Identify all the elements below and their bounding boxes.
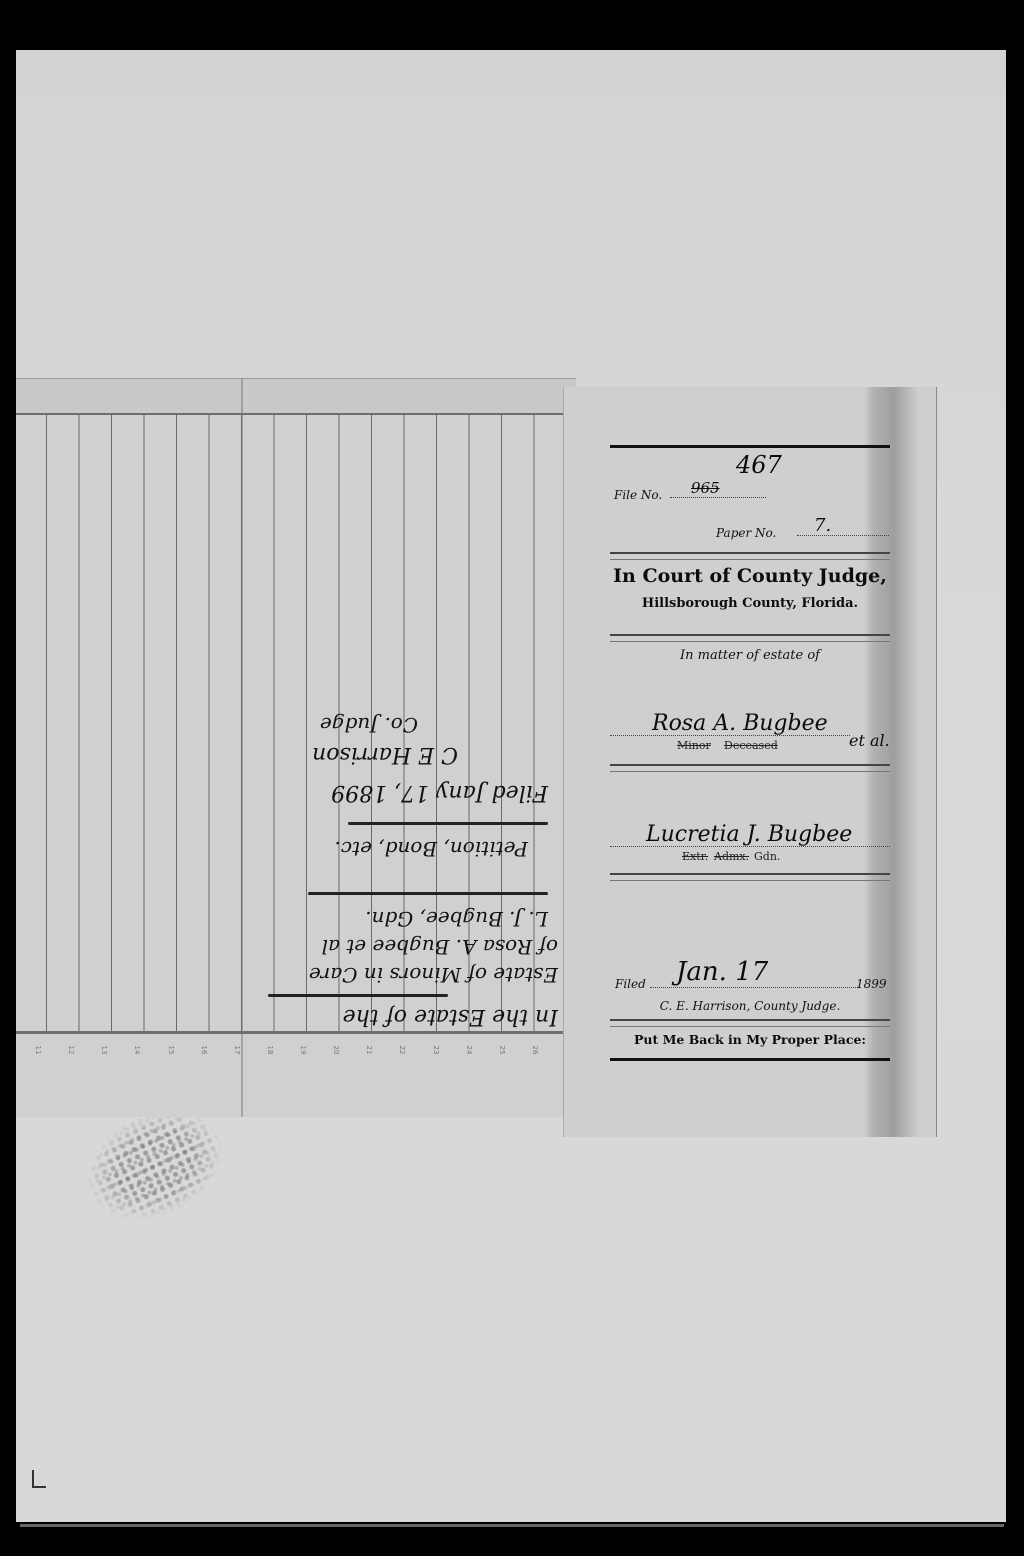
endorsement-line: of Rosa A. Bugbee et al [322,937,558,957]
endorsement-line: Co. Judge [320,715,418,735]
section-rule [610,1019,890,1027]
role-administratrix: Admx. [714,850,749,863]
filed-line [650,987,860,988]
endorsement-line: In the Estate of the [343,1005,558,1027]
file-no-line [670,497,766,498]
estate-suffix: et al. [849,731,890,750]
ruler-number: 15 [153,1043,175,1057]
file-no-original: 965 [691,479,720,497]
endorsement-line: C E Harrison [312,743,458,765]
section-rule [610,634,890,642]
estate-role-deceased: Deceased [724,739,778,752]
matter-label: In matter of estate of [610,648,890,663]
ruler-number: 13 [86,1043,108,1057]
paper-no-line [797,535,889,536]
ruler-number: 11 [20,1043,42,1057]
judge-line: C. E. Harrison, County Judge. [610,999,890,1013]
endorsement-line: L. J. Bugbee, Gdn. [365,909,548,929]
representative-name: Lucretia J. Bugbee [646,822,852,847]
ruler-number: 12 [53,1043,75,1057]
filed-year: 1899 [856,977,887,991]
role-executor: Extr. [682,850,708,863]
section-rule [610,873,890,881]
paper-no-label: Paper No. [716,526,776,540]
role-guardian: Gdn. [754,850,780,863]
section-rule [610,764,890,772]
ruler-number: 17 [219,1043,241,1057]
endorsement-line: Estate of Minors in Care [309,965,558,985]
top-rule [610,445,890,448]
ledger-sheet: 1112131415161718192021222324252627 In th… [16,378,576,1117]
ruler-number: 26 [517,1043,539,1057]
file-no-corrected: 467 [736,451,782,479]
endorsement-underline [268,994,448,997]
county-line: Hillsborough County, Florida. [610,596,890,611]
estate-role-minor: Minor [677,739,711,752]
ruler-number: 19 [285,1043,307,1057]
representative-line [610,846,890,847]
court-title: In Court of County Judge, [610,565,890,587]
bottom-rule [610,1058,890,1061]
upside-down-endorsement: In the Estate of the Estate of Minors in… [248,635,568,1035]
footer-notice: Put Me Back in My Proper Place: [610,1032,890,1047]
endorsement-separator [308,892,548,895]
ruler-number: 14 [119,1043,141,1057]
endorsement-line: Petition, Bond, etc. [335,839,528,859]
endorsement-separator [348,822,548,825]
ledger-header-band [16,379,576,415]
section-rule [610,552,890,560]
ruler-number: 21 [351,1043,373,1057]
page-bottom-edge [20,1524,1004,1527]
file-no-label: File No. [614,488,662,502]
corner-registration-mark [32,1470,46,1488]
paper-no-value: 7. [814,515,831,536]
ruler-number: 25 [484,1043,506,1057]
estate-name: Rosa A. Bugbee [652,711,828,736]
ruler-number: 24 [451,1043,473,1057]
ledger-ruler: 1112131415161718192021222324252627 [16,1039,576,1061]
estate-line [610,735,850,736]
endorsement-line: Filed Jany 17, 1899 [331,781,548,803]
ruler-number: 16 [186,1043,208,1057]
ruler-number: 20 [318,1043,340,1057]
ruler-number: 18 [252,1043,274,1057]
ruler-number: 23 [418,1043,440,1057]
docket-cover: File No. 965 467 Paper No. 7. In Court o… [563,387,937,1137]
filed-date: Jan. 17 [676,957,768,987]
filed-label: Filed [615,977,646,991]
ruler-number: 22 [384,1043,406,1057]
